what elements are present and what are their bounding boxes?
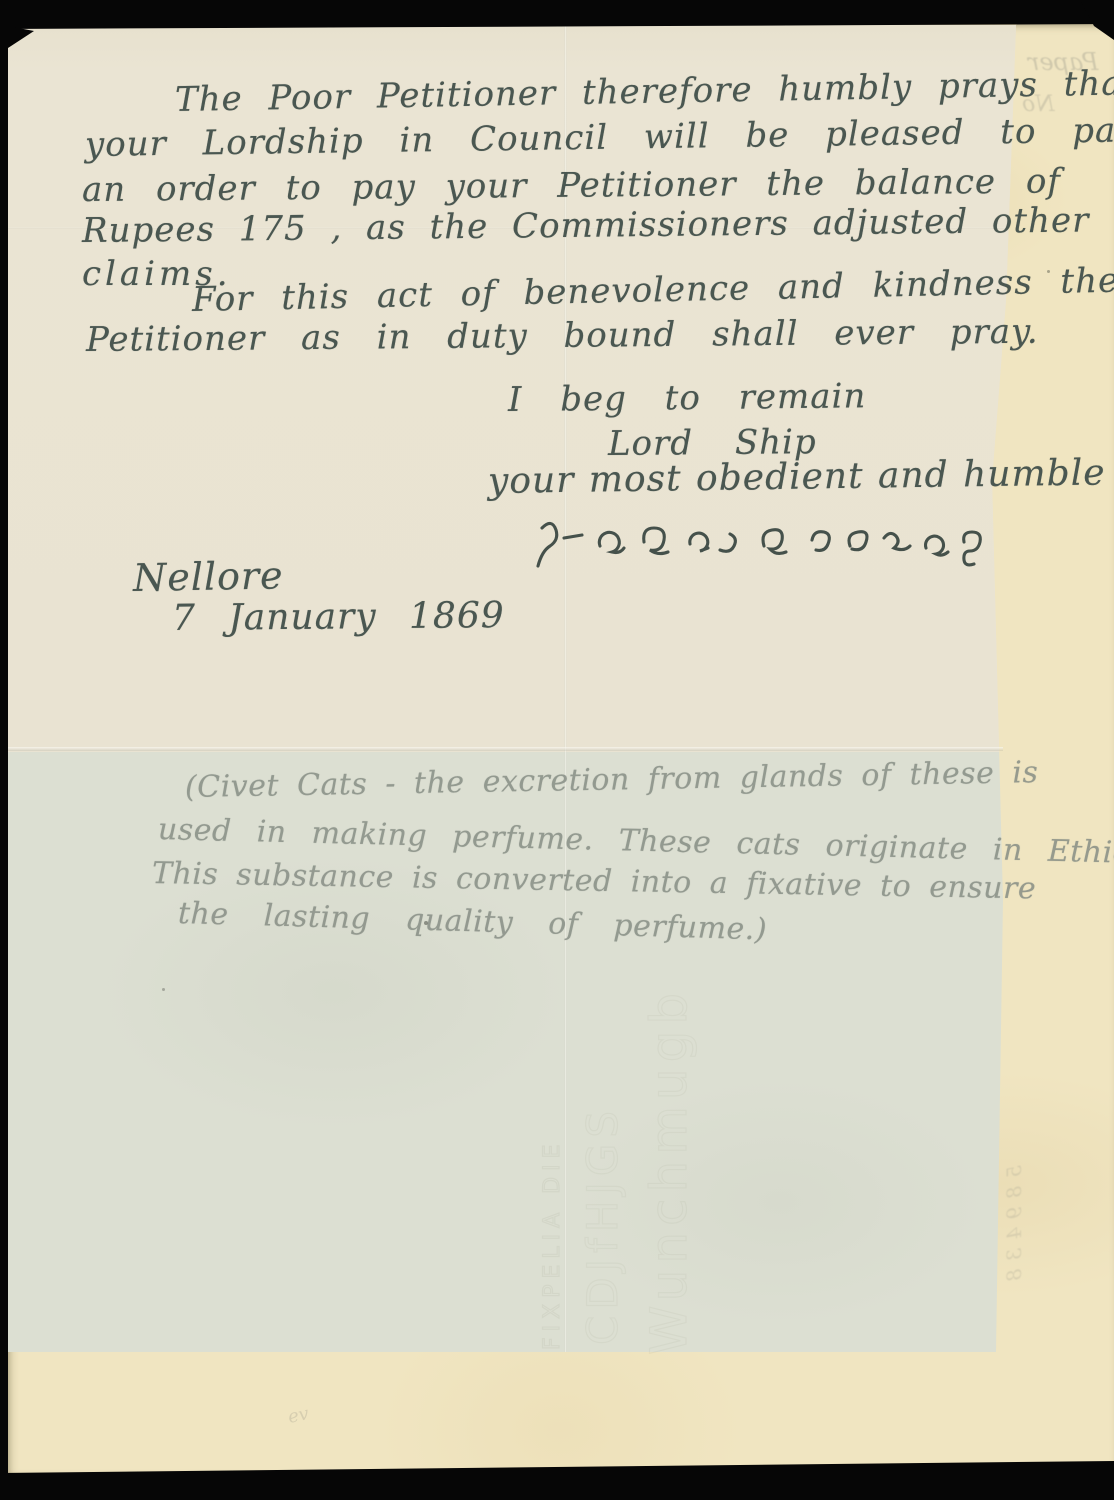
- bleedthrough-bottom-left: ev: [286, 1403, 311, 1428]
- bleedthrough-right-numbers: 589438: [1002, 1165, 1026, 1289]
- letter-line-7: Petitioner as in duty bound shall ever p…: [86, 312, 1039, 360]
- place-line: Nellore: [133, 553, 284, 600]
- ink-speck: [424, 921, 428, 925]
- ink-speck: [162, 988, 165, 991]
- telugu-script-signature: [528, 512, 998, 568]
- ink-speck: [1047, 270, 1050, 273]
- watermark-column-mid: CDJfHJGS: [578, 965, 627, 1345]
- closing-line-1: I beg to remain: [508, 376, 867, 420]
- watermark-column-large: Wunchmugb: [640, 955, 698, 1355]
- watermark-column-small: FIXPELIA DIE: [540, 960, 565, 1350]
- photo-frame-left: [0, 0, 8, 1500]
- date-line: 7 January 1869: [172, 595, 505, 639]
- scanned-letter-photo: FIXPELIA DIE CDJfHJGS Wunchmugb Paper No…: [0, 0, 1114, 1500]
